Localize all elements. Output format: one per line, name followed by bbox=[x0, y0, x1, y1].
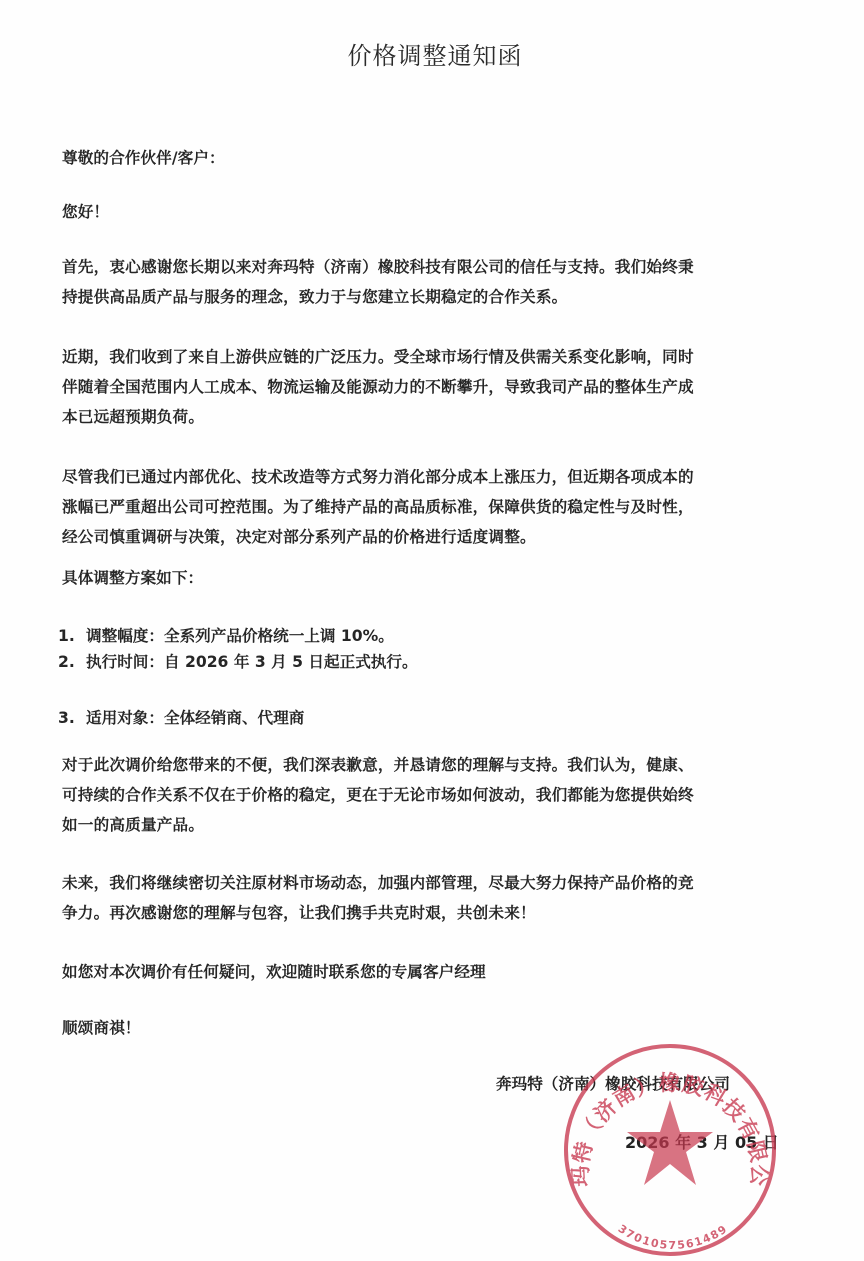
greeting: 您好！ bbox=[62, 202, 109, 222]
paragraph-decision: 尽管我们已通过内部优化、技术改造等方式努力消化部分成本上涨压力，但近期各项成本的… bbox=[62, 462, 822, 552]
paragraph-line: 对于此次调价给您带来的不便，我们深表歉意，并恳请您的理解与支持。我们认为，健康、 bbox=[62, 750, 822, 780]
paragraph-apology: 对于此次调价给您带来的不便，我们深表歉意，并恳请您的理解与支持。我们认为，健康、… bbox=[62, 750, 822, 840]
paragraph-line: 尽管我们已通过内部优化、技术改造等方式努力消化部分成本上涨压力，但近期各项成本的 bbox=[62, 462, 822, 492]
sign-off: 顺颂商祺！ bbox=[62, 1018, 140, 1038]
paragraph-line: 经公司慎重调研与决策，决定对部分系列产品的价格进行适度调整。 bbox=[62, 522, 822, 552]
letter-page: 价格调整通知函 尊敬的合作伙伴/客户： 您好！ 首先，衷心感谢您长期以来对奔玛特… bbox=[0, 0, 864, 1261]
paragraph-thanks: 首先，衷心感谢您长期以来对奔玛特（济南）橡胶科技有限公司的信任与支持。我们始终秉… bbox=[62, 252, 822, 312]
company-seal: 奔玛特（济南）橡胶科技有限公司 3701057561489 bbox=[560, 1040, 780, 1261]
paragraph-line: 可持续的合作关系不仅在于价格的稳定，更在于无论市场如何波动，我们都能为您提供始终 bbox=[62, 780, 822, 810]
paragraph-line: 伴随着全国范围内人工成本、物流运输及能源动力的不断攀升，导致我司产品的整体生产成 bbox=[62, 372, 822, 402]
paragraph-line: 争力。再次感谢您的理解与包容，让我们携手共克时艰，共创未来！ bbox=[62, 898, 822, 928]
paragraph-line: 持提供高品质产品与服务的理念，致力于与您建立长期稳定的合作关系。 bbox=[62, 282, 822, 312]
paragraph-line: 近期，我们收到了来自上游供应链的广泛压力。受全球市场行情及供需关系变化影响，同时 bbox=[62, 342, 822, 372]
paragraph-pressure: 近期，我们收到了来自上游供应链的广泛压力。受全球市场行情及供需关系变化影响，同时… bbox=[62, 342, 822, 432]
plan-heading: 具体调整方案如下： bbox=[62, 568, 203, 588]
paragraph-future: 未来，我们将继续密切关注原材料市场动态，加强内部管理，尽最大努力保持产品价格的竞… bbox=[62, 868, 822, 928]
paragraph-line: 未来，我们将继续密切关注原材料市场动态，加强内部管理，尽最大努力保持产品价格的竞 bbox=[62, 868, 822, 898]
plan-item-effective-date: 2.执行时间：自 2026 年 3 月 5 日起正式执行。 bbox=[58, 652, 418, 672]
paragraph-line: 如一的高质量产品。 bbox=[62, 810, 822, 840]
plan-item-adjustment: 1.调整幅度：全系列产品价格统一上调 10%。 bbox=[58, 626, 394, 646]
document-title: 价格调整通知函 bbox=[0, 36, 864, 71]
contact-line: 如您对本次调价有任何疑问，欢迎随时联系您的专属客户经理 bbox=[62, 962, 486, 982]
star-icon bbox=[627, 1100, 713, 1185]
paragraph-line: 涨幅已严重超出公司可控范围。为了维持产品的高品质标准，保障供货的稳定性与及时性， bbox=[62, 492, 822, 522]
plan-item-scope: 3.适用对象：全体经销商、代理商 bbox=[58, 708, 304, 728]
paragraph-line: 首先，衷心感谢您长期以来对奔玛特（济南）橡胶科技有限公司的信任与支持。我们始终秉 bbox=[62, 252, 822, 282]
paragraph-line: 本已远超预期负荷。 bbox=[62, 402, 822, 432]
salutation: 尊敬的合作伙伴/客户： bbox=[62, 148, 225, 168]
